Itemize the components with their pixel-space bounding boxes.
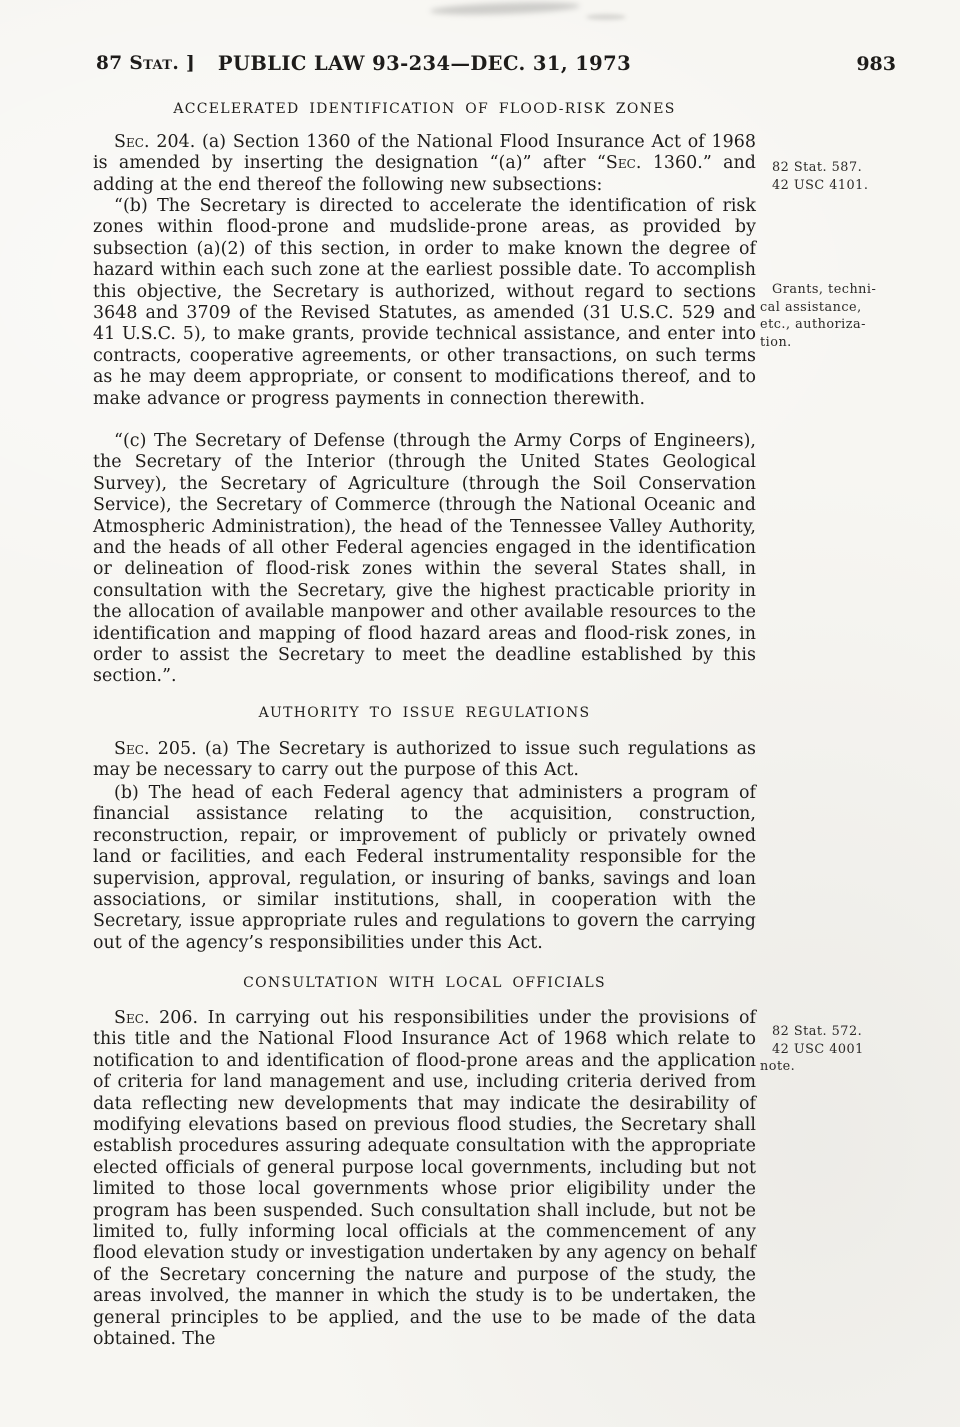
sec-205-subsection-b-paragraph: (b) The head of each Federal agency that…	[93, 783, 756, 954]
section-heading-flood-risk-zones: ACCELERATED IDENTIFICATION OF FLOOD-RISK…	[93, 101, 756, 117]
margin-note-stat-572: 82 Stat. 572. 42 USC 4001 note.	[760, 1023, 918, 1076]
law-title: PUBLIC LAW 93-234—DEC. 31, 1973	[93, 52, 756, 75]
sec-206-paragraph: Sec. 206. In carrying out his responsibi…	[93, 1008, 756, 1351]
section-heading-issue-regulations: AUTHORITY TO ISSUE REGULATIONS	[93, 705, 756, 721]
sec-204-intro-paragraph: Sec. 204. (a) Section 1360 of the Nation…	[93, 132, 756, 196]
scan-speck-artifact	[586, 14, 626, 20]
page-number: 983	[856, 53, 896, 75]
section-heading-local-officials: CONSULTATION WITH LOCAL OFFICIALS	[93, 975, 756, 991]
sec-204-subsection-b-paragraph: “(b) The Secretary is directed to accele…	[93, 196, 756, 410]
margin-note-grants-authorization: Grants, techni- cal assistance, etc., au…	[760, 281, 918, 351]
sec-204-subsection-c-paragraph: “(c) The Secretary of Defense (through t…	[93, 431, 756, 688]
scan-smudge-artifact	[430, 0, 580, 16]
margin-note-stat-587: 82 Stat. 587. 42 USC 4101.	[760, 159, 918, 194]
sec-205-subsection-a-paragraph: Sec. 205. (a) The Secretary is authorize…	[93, 739, 756, 782]
statute-page: 87 Stat. ] PUBLIC LAW 93-234—DEC. 31, 19…	[0, 0, 960, 1427]
